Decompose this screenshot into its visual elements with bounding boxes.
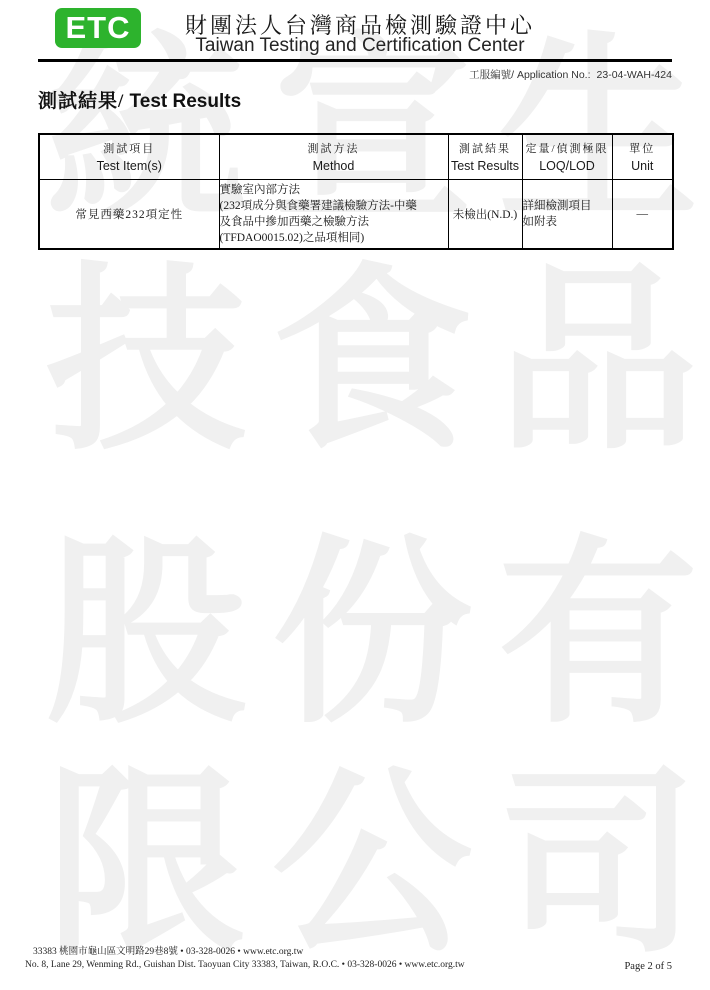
- footer-address: 33383 桃園市龜山區文明路29巷8號 • 03-328-0026 • www…: [33, 946, 465, 972]
- application-number-value: 23-04-WAH-424: [597, 69, 672, 81]
- page-title: 測試結果/ Test Results: [38, 86, 241, 113]
- header-divider: [38, 59, 672, 62]
- watermark-line: 股份有: [46, 535, 710, 735]
- watermark-line: 技食品: [46, 262, 710, 462]
- footer-address-chinese: 33383 桃園市龜山區文明路29巷8號 • 03-328-0026 • www…: [33, 946, 465, 959]
- etc-logo: ETC: [55, 8, 141, 48]
- application-number-line: 工服編號/ Application No.:23-04-WAH-424: [469, 67, 672, 82]
- col-header-test-item: 測試項目 Test Item(s): [39, 134, 219, 180]
- footer-address-english: No. 8, Lane 29, Wenming Rd., Guishan Dis…: [25, 959, 465, 972]
- page-title-chinese: 測試結果/: [38, 91, 124, 112]
- col-header-test-results: 測試結果 Test Results: [448, 134, 522, 180]
- application-number-label: 工服編號/ Application No.:: [469, 69, 590, 81]
- table-row: 常見西藥232項定性 實驗室內部方法 (232項成分與食藥署建議檢驗方法-中藥 …: [39, 180, 673, 250]
- cell-loq-lod: 詳細檢測項目 如附表: [522, 180, 612, 250]
- table-header-row: 測試項目 Test Item(s) 測試方法 Method 測試結果 Test …: [39, 134, 673, 180]
- cell-unit: —: [612, 180, 673, 250]
- watermark-line: 限公司: [46, 765, 710, 965]
- test-results-table: 測試項目 Test Item(s) 測試方法 Method 測試結果 Test …: [38, 133, 674, 250]
- cell-test-item: 常見西藥232項定性: [39, 180, 219, 250]
- page-title-english: Test Results: [124, 91, 241, 112]
- cell-method: 實驗室內部方法 (232項成分與食藥署建議檢驗方法-中藥 及食品中摻加西藥之檢驗…: [219, 180, 448, 250]
- org-name-english: Taiwan Testing and Certification Center: [145, 35, 575, 57]
- col-header-method: 測試方法 Method: [219, 134, 448, 180]
- page-number: Page 2 of 5: [624, 961, 672, 972]
- cell-test-result: 未檢出(N.D.): [448, 180, 522, 250]
- col-header-loq-lod: 定量/偵測極限 LOQ/LOD: [522, 134, 612, 180]
- report-page: 統宣生 技食品 股份有 限公司 ETC 財團法人台灣商品檢測驗證中心 Taiwa…: [0, 0, 710, 990]
- col-header-unit: 單位 Unit: [612, 134, 673, 180]
